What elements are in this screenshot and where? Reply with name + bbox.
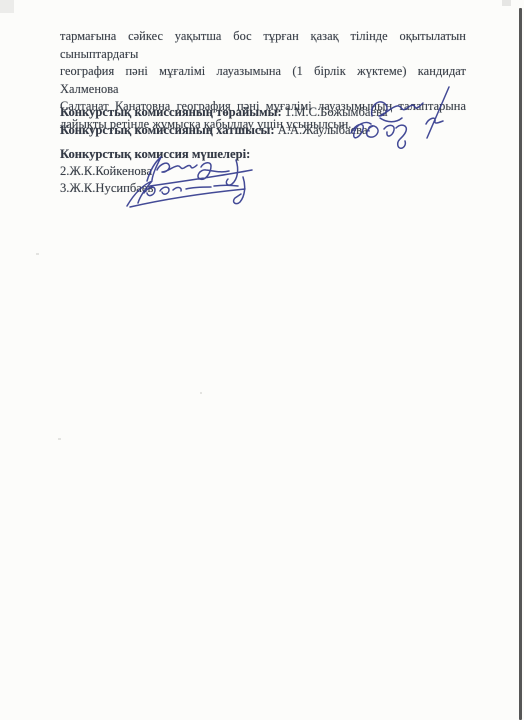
members-heading: Конкурстық комиссия мүшелері: (60, 146, 490, 163)
scanned-document-page: тармағына сәйкес уақытша бос тұрған қаза… (0, 0, 524, 720)
paper-speck (36, 253, 39, 255)
chair-label: Конкурстық комиссияның төрайымы: (60, 105, 282, 119)
scan-edge-artifact (519, 8, 522, 720)
scan-corner-mark-top-left (0, 0, 14, 13)
secretary-line: Конкурстық комиссияның хатшысы: А.А.Жаул… (60, 122, 490, 140)
officials-block: Конкурстық комиссияның төрайымы: 1.М.С.Б… (60, 104, 490, 140)
members-block: Конкурстық комиссия мүшелері: 2.Ж.К.Койк… (60, 146, 490, 198)
scan-corner-mark-top-right (502, 0, 511, 6)
body-line: тармағына сәйкес уақытша бос тұрған қаза… (60, 28, 466, 63)
body-line: география пәні мұғалімі лауазымына (1 бі… (60, 63, 466, 98)
member-line: 2.Ж.К.Койкенова (60, 163, 490, 180)
member-line: 3.Ж.К.Нусипбаев (60, 180, 490, 197)
paper-speck (58, 438, 61, 440)
secretary-label: Конкурстық комиссияның хатшысы: (60, 123, 275, 137)
chair-line: Конкурстық комиссияның төрайымы: 1.М.С.Б… (60, 104, 490, 122)
paper-speck (200, 392, 202, 394)
chair-name: 1.М.С.Божымбаева (285, 105, 388, 119)
secretary-name: А.А.Жаулыбаева (278, 123, 368, 137)
